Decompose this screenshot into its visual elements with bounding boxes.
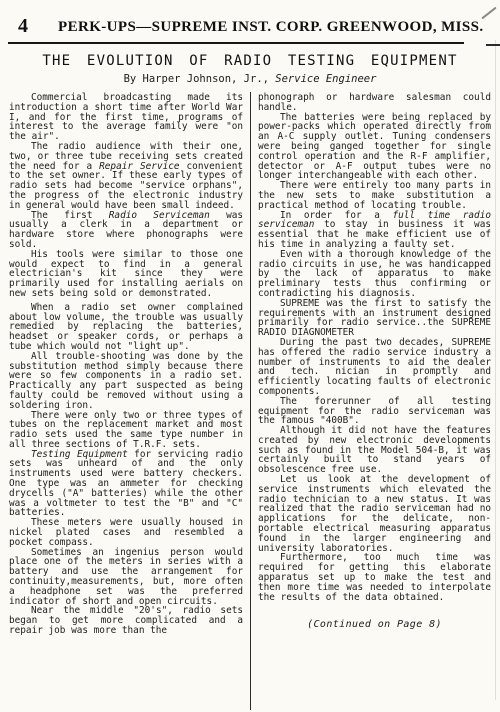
text-run: Even with a thorough knowledge of the ra… [258,249,491,299]
header-rule-tick [486,44,500,46]
paragraph: Furthermore, too much time was required … [258,553,491,602]
paragraph: During the past two decades, SUPREME has… [258,338,491,397]
text-run: Commercial broadcasting made its introdu… [9,92,243,142]
paragraph: Near the middle "20's", radio sets began… [9,606,243,635]
masthead-text: PERK-UPS—SUPREME INST. CORP. GREENWOOD, … [58,20,484,36]
paragraph: Sometimes an ingenius person would place… [9,548,243,607]
text-run: Sometimes an ingenius person would place… [9,547,243,607]
page-number: 4 [18,16,28,36]
text-run: All trouble-shooting was done by the sub… [9,351,243,411]
paragraph: The first Radio Serviceman was usually a… [9,211,243,250]
paragraph: There were entirely too many parts in th… [258,181,491,210]
text-run: phonograph or hardware salesman could ha… [258,92,491,113]
text-run: Furthermore, too much time was required … [258,552,491,602]
text-run: His tools were similar to those one woul… [9,249,243,299]
page-header: 4 PERK-UPS—SUPREME INST. CORP. GREENWOOD… [0,0,500,36]
paragraph: Even with a thorough knowledge of the ra… [258,250,491,299]
paragraph: The forerunner of all testing equipment … [258,397,491,426]
paragraph: The radio audience with their one, two, … [9,142,243,211]
paragraph: Although it did not have the features cr… [258,426,491,475]
paragraph: Commercial broadcasting made its introdu… [9,93,243,142]
paragraph: phonograph or hardware salesman could ha… [258,93,491,113]
byline: By Harper Johnson, Jr., Service Engineer [0,73,500,85]
newsletter-page: 4 PERK-UPS—SUPREME INST. CORP. GREENWOOD… [0,0,500,712]
text-run: SUPREME was the first to satisfy the req… [258,298,491,338]
text-run: There were entirely too many parts in th… [258,180,491,211]
byline-author: By Harper Johnson, Jr., [124,73,276,85]
text-run: During the past two decades, SUPREME has… [258,337,491,397]
scan-artifact-page-edge [495,40,496,700]
text-run: Although it did not have the features cr… [258,425,491,475]
paragraph: There were only two or three types of tu… [9,411,243,450]
header-rule [8,42,464,44]
column-left: Commercial broadcasting made its introdu… [0,92,250,710]
text-run: for servicing radio sets was unheard of … [9,449,243,519]
paragraph: All trouble-shooting was done by the sub… [9,352,243,411]
text-run: The batteries were being replaced by pow… [258,112,491,182]
paragraph: The batteries were being replaced by pow… [258,113,491,182]
article-title: THE EVOLUTION OF RADIO TESTING EQUIPMENT [0,53,500,69]
text-run: These meters were usually housed in nick… [9,517,243,548]
paragraph: SUPREME was the first to satisfy the req… [258,299,491,338]
text-run: When a radio set owner complained about … [9,302,243,352]
paragraph: In order for a full time radio servicema… [258,211,491,250]
text-run: Near the middle "20's", radio sets began… [9,605,243,636]
column-right: phonograph or hardware salesman could ha… [250,92,500,710]
byline-role: Service Engineer [275,73,376,85]
italic-text-run: (Continued on Page 8) [307,619,442,630]
paragraph: Testing Equipment for servicing radio se… [9,450,243,519]
text-run: The forerunner of all testing equipment … [258,396,491,427]
paragraph: Let us look at the development of servic… [258,475,491,553]
paragraph: When a radio set owner complained about … [9,303,243,352]
continued-note: (Continued on Page 8) [258,620,491,630]
text-run: Let us look at the development of servic… [258,474,491,554]
article-columns: Commercial broadcasting made its introdu… [0,92,500,710]
text-run: There were only two or three types of tu… [9,410,243,450]
paragraph: His tools were similar to those one woul… [9,250,243,299]
paragraph: These meters were usually housed in nick… [9,518,243,547]
